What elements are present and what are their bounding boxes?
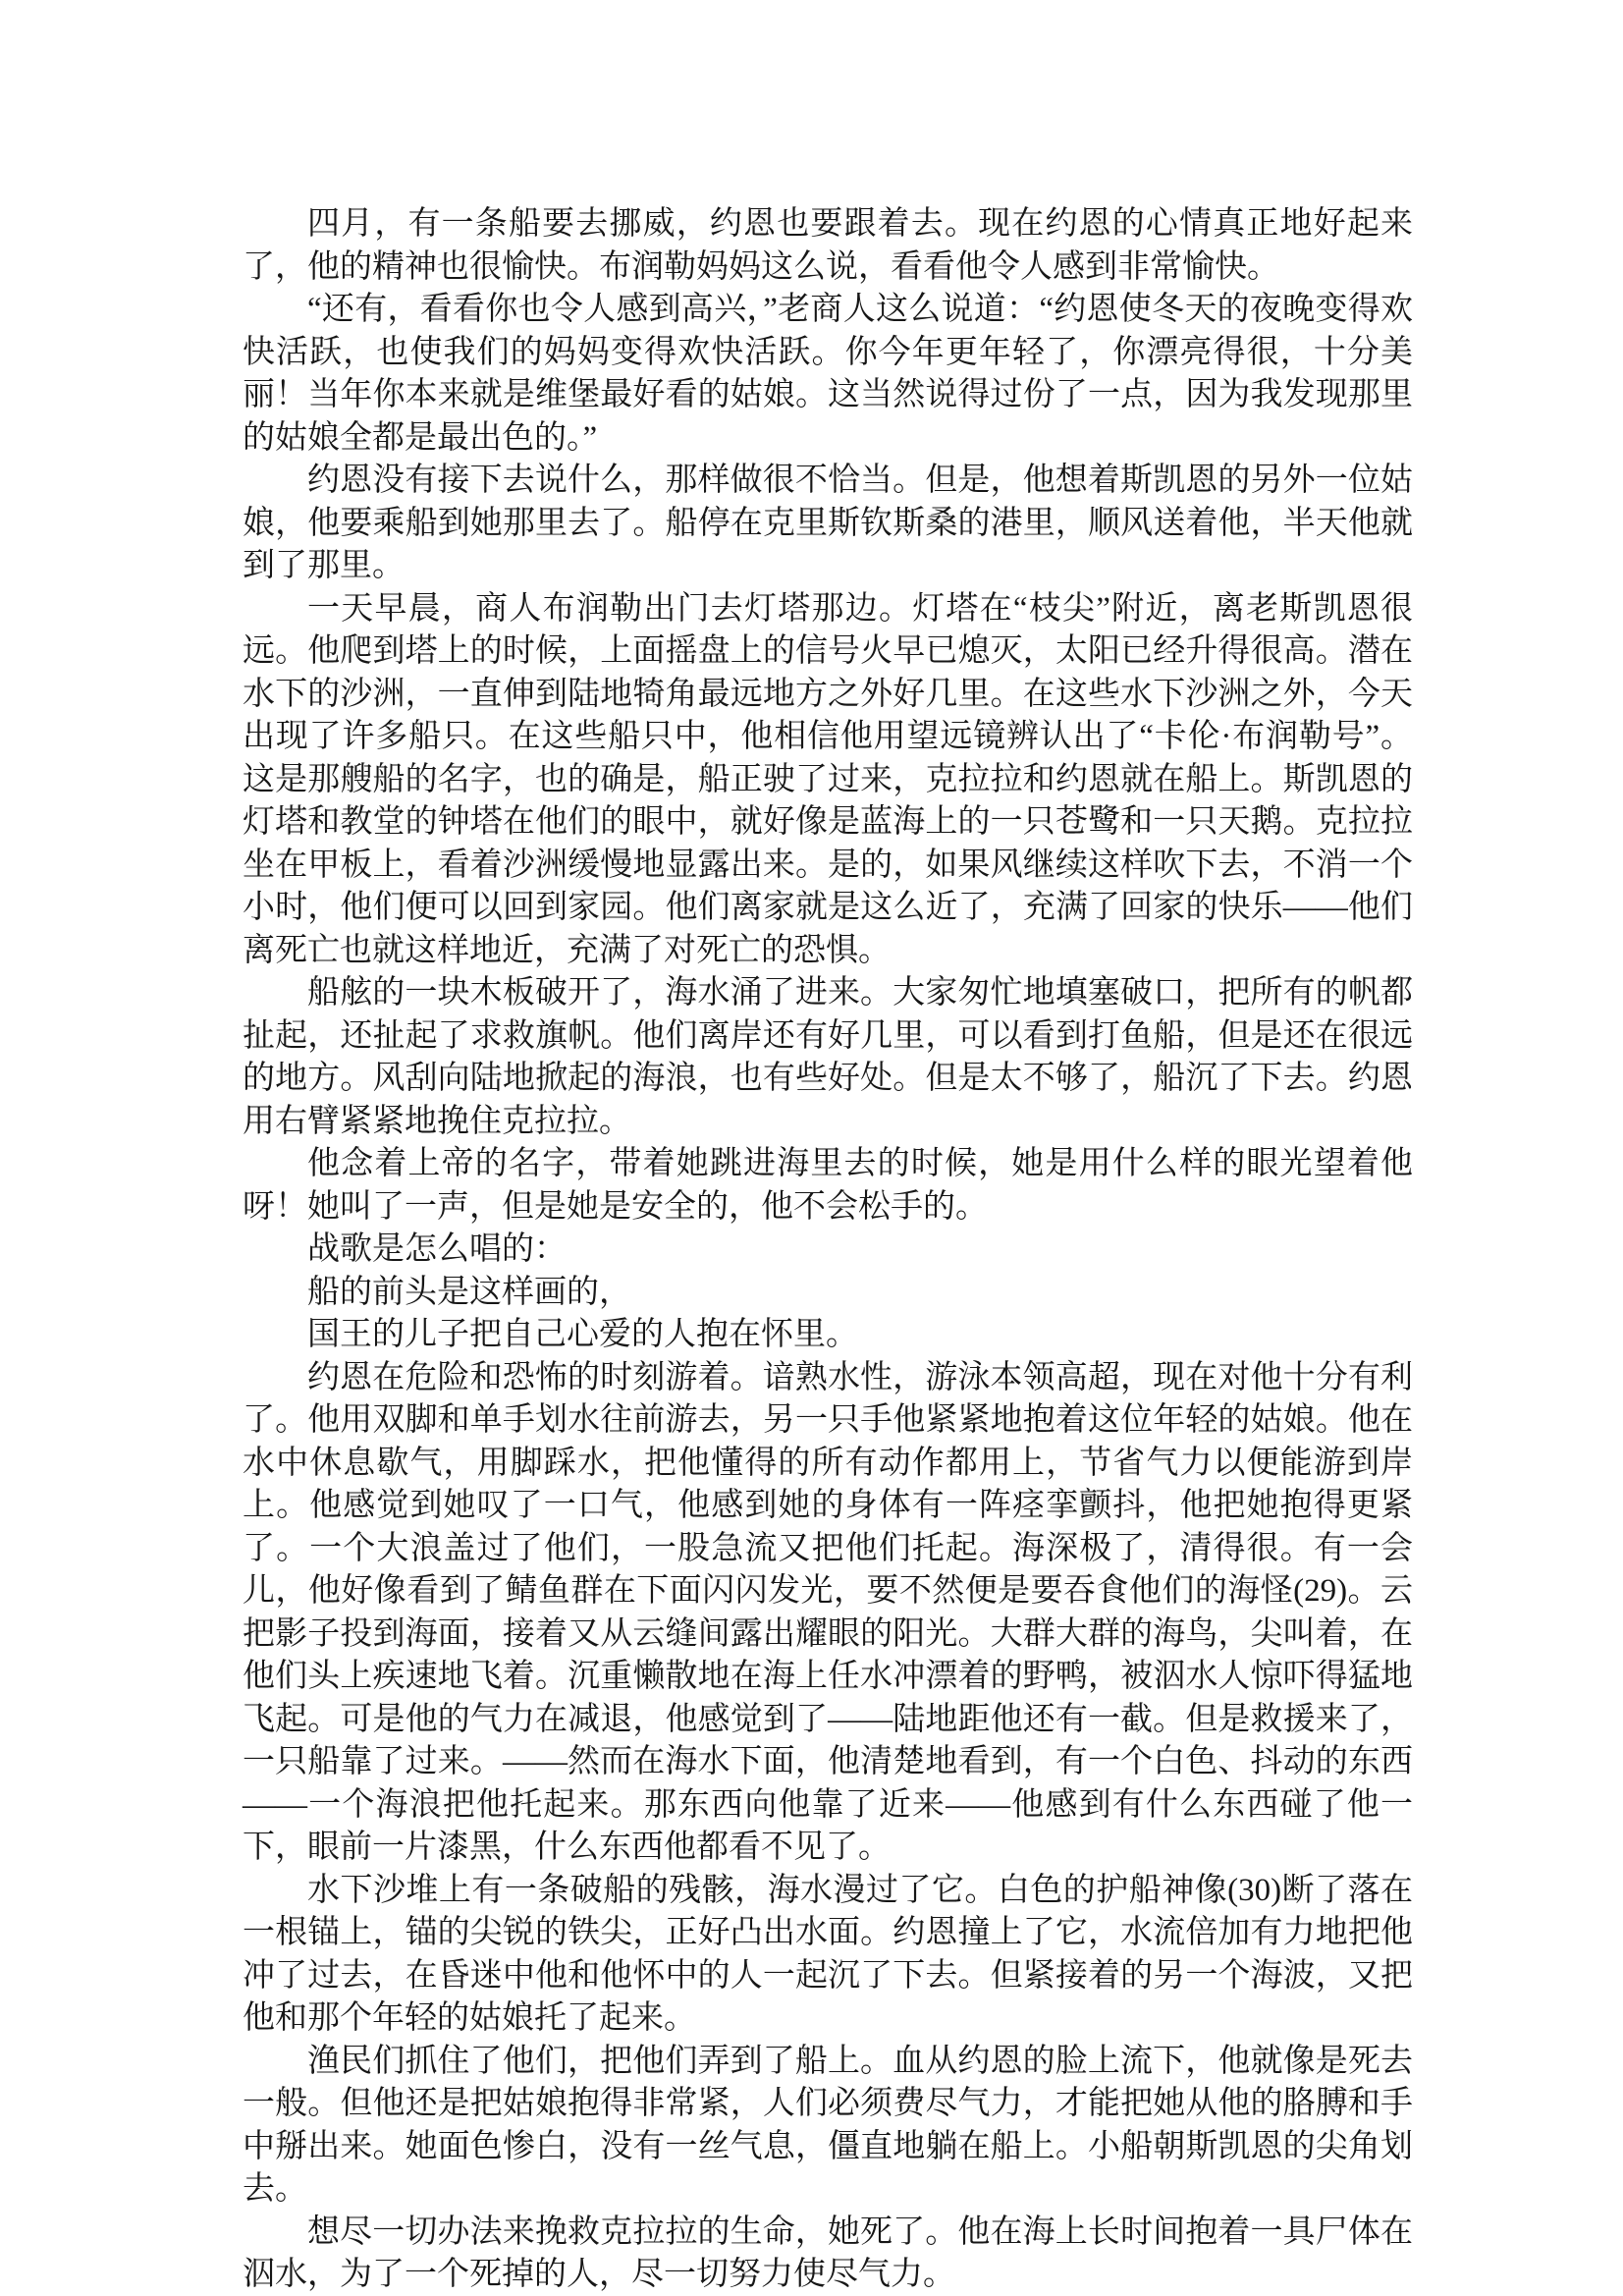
paragraph-9-verse-line-2: 国王的儿子把自己心爱的人抱在怀里。 xyxy=(243,1314,1413,1357)
paragraph-1: 四月，有一条船要去挪威，约恩也要跟着去。现在约恩的心情真正地好起来了，他的精神也… xyxy=(243,203,1413,289)
paragraph-5: 船舷的一块木板破开了，海水涌了进来。大家匆忙地填塞破口，把所有的帆都扯起，还扯起… xyxy=(243,972,1413,1143)
paragraph-12: 渔民们抓住了他们，把他们弄到了船上。血从约恩的脸上流下，他就像是死去一般。但他还… xyxy=(243,2041,1413,2212)
paragraph-8-verse-line-1: 船的前头是这样画的， xyxy=(243,1272,1413,1315)
paragraph-10: 约恩在危险和恐怖的时刻游着。谙熟水性，游泳本领高超，现在对他十分有利了。他用双脚… xyxy=(243,1357,1413,1870)
document-page: 四月，有一条船要去挪威，约恩也要跟着去。现在约恩的心情真正地好起来了，他的精神也… xyxy=(0,0,1623,2296)
paragraph-3: 约恩没有接下去说什么，那样做很不恰当。但是，他想着斯凯恩的另外一位姑娘，他要乘船… xyxy=(243,460,1413,588)
paragraph-2: “还有，看看你也令人感到高兴，”老商人这么说道：“约恩使冬天的夜晚变得欢快活跃，… xyxy=(243,289,1413,460)
paragraph-6: 他念着上帝的名字，带着她跳进海里去的时候，她是用什么样的眼光望着他呀！她叫了一声… xyxy=(243,1143,1413,1229)
paragraph-4: 一天早晨，商人布润勒出门去灯塔那边。灯塔在“枝尖”附近，离老斯凯恩很远。他爬到塔… xyxy=(243,588,1413,973)
paragraph-13: 想尽一切办法来挽救克拉拉的生命，她死了。他在海上长时间抱着一具尸体在泅水，为了一… xyxy=(243,2212,1413,2296)
document-body: 四月，有一条船要去挪威，约恩也要跟着去。现在约恩的心情真正地好起来了，他的精神也… xyxy=(243,203,1413,2296)
paragraph-7-verse-intro: 战歌是怎么唱的： xyxy=(243,1229,1413,1272)
paragraph-11: 水下沙堆上有一条破船的残骸，海水漫过了它。白色的护船神像(30)断了落在一根锚上… xyxy=(243,1870,1413,2041)
